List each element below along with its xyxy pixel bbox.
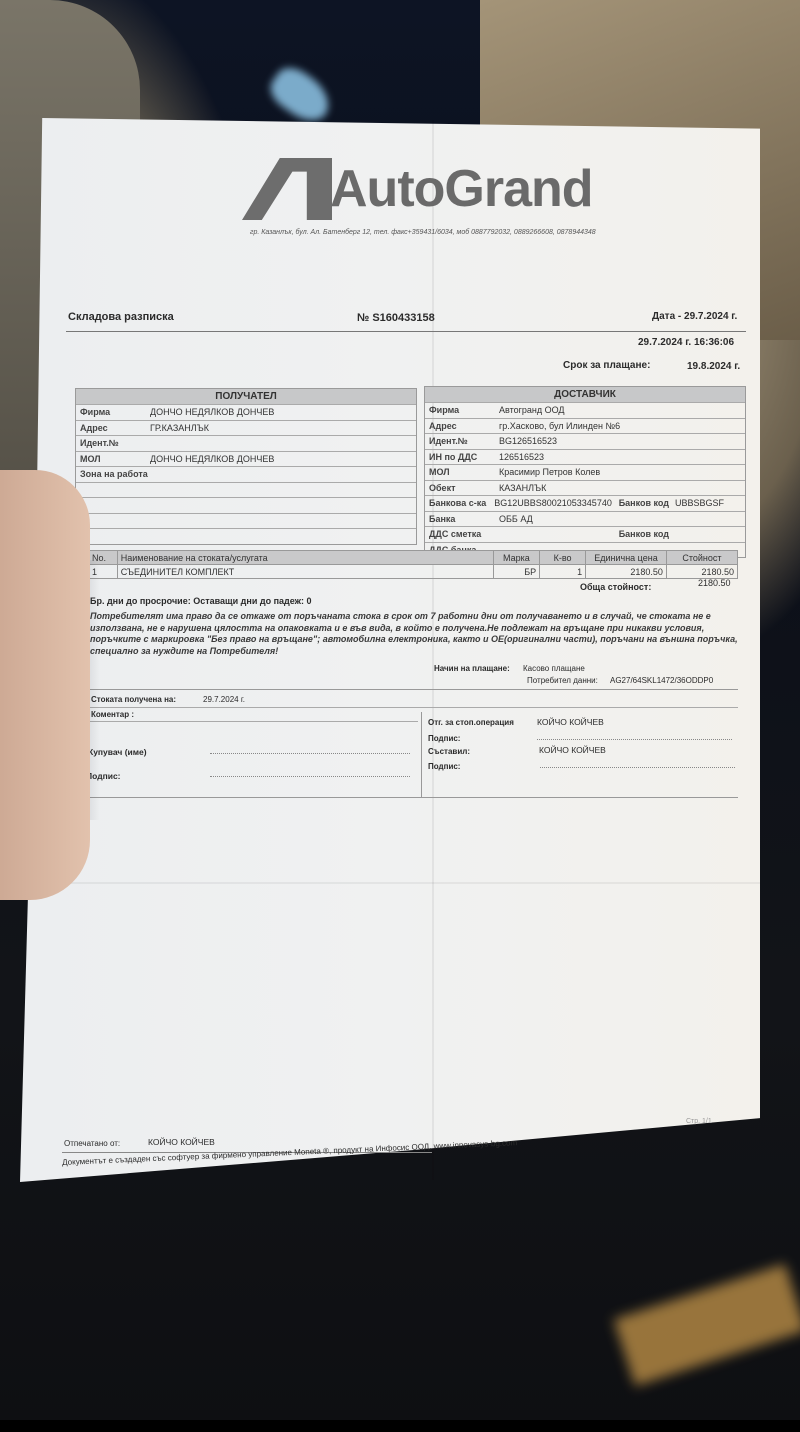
items-column-header: Наименование на стоката/услугата — [117, 551, 493, 565]
company-address: гр. Казанлък, бул. Ал. Батенберг 12, тел… — [250, 229, 596, 236]
supplier-row-value: 126516523 — [499, 450, 745, 465]
payment-method-label: Начин на плащане: — [434, 664, 510, 673]
divider — [88, 707, 738, 708]
recipient-row: Зона на работа — [76, 466, 416, 482]
items-cell-brand: БР — [493, 565, 540, 579]
items-table: No.Наименование на стоката/услугатаМарка… — [88, 550, 738, 579]
consumer-data-label: Потребител данни: — [527, 676, 598, 685]
consumer-data: AG27/64SKL1472/36ODDP0 — [610, 676, 713, 685]
buyer-name-line[interactable] — [210, 752, 410, 754]
printed-by: КОЙЧО КОЙЧЕВ — [148, 1137, 215, 1147]
recipient-row-label: Идент.№ — [76, 436, 150, 451]
divider — [66, 331, 746, 332]
logo-text: AutoGrand — [330, 159, 593, 219]
recipient-box: ПОЛУЧАТЕЛ ФирмаДОНЧО НЕДЯЛКОВ ДОНЧЕВАдре… — [75, 388, 417, 545]
recipient-row-value: ДОНЧО НЕДЯЛКОВ ДОНЧЕВ — [150, 452, 416, 467]
recipient-row-label: Адрес — [76, 421, 150, 436]
operation-name: КОЙЧО КОЙЧЕВ — [537, 717, 604, 727]
supplier-row-value: Красимир Петров Колев — [499, 465, 745, 480]
total-label: Обща стойност: — [580, 582, 651, 592]
recipient-row-value: ДОНЧО НЕДЯЛКОВ ДОНЧЕВ — [150, 405, 416, 420]
supplier-box: ДОСТАВЧИК ФирмаАвтогранд ООДАдресгр.Хаск… — [424, 386, 746, 558]
items-cell-unit_price: 2180.50 — [586, 565, 667, 579]
supplier-row-extra-value: UBBSBGSF — [675, 496, 745, 511]
supplier-row-label: Адрес — [425, 419, 499, 434]
supplier-row: ИН по ДДС126516523 — [425, 449, 745, 465]
consumer-rights-note: Потребителят има право да се откаже от п… — [90, 611, 740, 657]
supplier-row-label: МОЛ — [425, 465, 499, 480]
supplier-heading: ДОСТАВЧИК — [425, 387, 745, 402]
payment-method: Касово плащане — [523, 664, 585, 673]
recipient-row: Идент.№ — [76, 435, 416, 451]
made-by-label: Съставил: — [428, 747, 470, 756]
hand-thumb — [0, 470, 90, 900]
items-column-header: К-во — [540, 551, 586, 565]
autogrand-logo: AutoGrand — [242, 158, 593, 220]
recipient-row-label: МОЛ — [76, 452, 150, 467]
supplier-row-extra-value — [675, 527, 745, 542]
supplier-row-label: Фирма — [425, 403, 499, 418]
supplier-row: Банкова с-каBG12UBBS80021053345740Банков… — [425, 495, 745, 511]
supplier-row-value: гр.Хасково, бул Илинден №6 — [499, 419, 745, 434]
sign1-label: Подпис: — [428, 734, 460, 743]
due-label: Срок за плащане: — [563, 360, 650, 371]
supplier-row-label: Банкова с-ка — [425, 496, 486, 511]
supplier-row: БанкаОББ АД — [425, 511, 745, 527]
recipient-row-label: Зона на работа — [76, 467, 148, 482]
divider — [88, 797, 738, 798]
recipient-row-value — [156, 467, 416, 482]
made-by-name: КОЙЧО КОЙЧЕВ — [539, 745, 606, 755]
overdue-info: Бр. дни до просрочие: Оставащи дни до па… — [90, 596, 312, 606]
items-column-header: Единична цена — [586, 551, 667, 565]
recipient-row-value — [150, 498, 416, 513]
due-date: 19.8.2024 г. — [687, 361, 740, 372]
divider — [88, 721, 418, 722]
total-value: 2180.50 — [698, 578, 731, 588]
printed-by-label: Отпечатано от: — [64, 1139, 120, 1148]
supplier-row-value: КАЗАНЛЪК — [499, 481, 745, 496]
sign1-line[interactable] — [537, 738, 732, 740]
supplier-row-label: ДДС сметка — [425, 527, 499, 542]
recipient-row-value — [150, 436, 416, 451]
document-number: № S160433158 — [357, 312, 435, 324]
supplier-row: Адресгр.Хасково, бул Илинден №6 — [425, 418, 745, 434]
recipient-row: МОЛДОНЧО НЕДЯЛКОВ ДОНЧЕВ — [76, 451, 416, 467]
page-number: Стр. 1/1 — [686, 1118, 712, 1125]
supplier-row: МОЛКрасимир Петров Колев — [425, 464, 745, 480]
supplier-row: ФирмаАвтогранд ООД — [425, 402, 745, 418]
table-row: 1СЪЕДИНИТЕЛ КОМПЛЕКТБР12180.502180.50 — [89, 565, 738, 579]
operation-label: Отг. за стоп.операция — [428, 718, 514, 727]
recipient-row-label: Фирма — [76, 405, 150, 420]
items-column-header: Марка — [493, 551, 540, 565]
supplier-row-label: Обект — [425, 481, 499, 496]
recipient-row — [76, 497, 416, 513]
supplier-row: ДДС сметкаБанков код — [425, 526, 745, 542]
recipient-row-value — [150, 514, 416, 529]
logo-a-mark-icon — [242, 158, 332, 220]
document-title: Складова разписка — [68, 311, 174, 323]
sign2-label: Подпис: — [428, 762, 460, 771]
items-cell-name: СЪЕДИНИТЕЛ КОМПЛЕКТ — [117, 565, 493, 579]
recipient-row — [76, 528, 416, 544]
supplier-row-extra-label: Банков код — [619, 527, 669, 542]
supplier-row-label: Банка — [425, 512, 499, 527]
divider — [88, 689, 738, 690]
received-label: Стоката получена на: — [91, 695, 176, 704]
supplier-row: Идент.№BG126516523 — [425, 433, 745, 449]
recipient-heading: ПОЛУЧАТЕЛ — [76, 389, 416, 404]
recipient-row-value: ГР.КАЗАНЛЪК — [150, 421, 416, 436]
bottom-bar — [0, 1420, 800, 1432]
recipient-row — [76, 513, 416, 529]
supplier-row-value: ОББ АД — [499, 512, 745, 527]
supplier-row-value — [499, 527, 619, 542]
recipient-row-value — [150, 483, 416, 498]
supplier-row-label: ИН по ДДС — [425, 450, 499, 465]
supplier-row-value: BG12UBBS80021053345740 — [494, 496, 618, 511]
paper-fold-horizontal — [40, 882, 760, 884]
supplier-row-value: Автогранд ООД — [499, 403, 745, 418]
received-date: 29.7.2024 г. — [203, 695, 245, 704]
document-datetime: 29.7.2024 г. 16:36:06 — [638, 337, 734, 348]
supplier-row-extra-label: Банков код — [619, 496, 669, 511]
recipient-row-value — [150, 529, 416, 544]
buyer-sign-line[interactable] — [210, 775, 410, 777]
items-cell-value: 2180.50 — [666, 565, 737, 579]
divider-vertical — [421, 712, 422, 798]
supplier-row-value: BG126516523 — [499, 434, 745, 449]
items-cell-qty: 1 — [540, 565, 586, 579]
sign2-line[interactable] — [540, 766, 735, 768]
items-column-header: Стойност — [666, 551, 737, 565]
recipient-row-label — [76, 483, 150, 498]
recipient-row: АдресГР.КАЗАНЛЪК — [76, 420, 416, 436]
recipient-row — [76, 482, 416, 498]
supplier-row-label: Идент.№ — [425, 434, 499, 449]
document-date: Дата - 29.7.2024 г. — [652, 311, 737, 322]
recipient-row: ФирмаДОНЧО НЕДЯЛКОВ ДОНЧЕВ — [76, 404, 416, 420]
supplier-row: ОбектКАЗАНЛЪК — [425, 480, 745, 496]
